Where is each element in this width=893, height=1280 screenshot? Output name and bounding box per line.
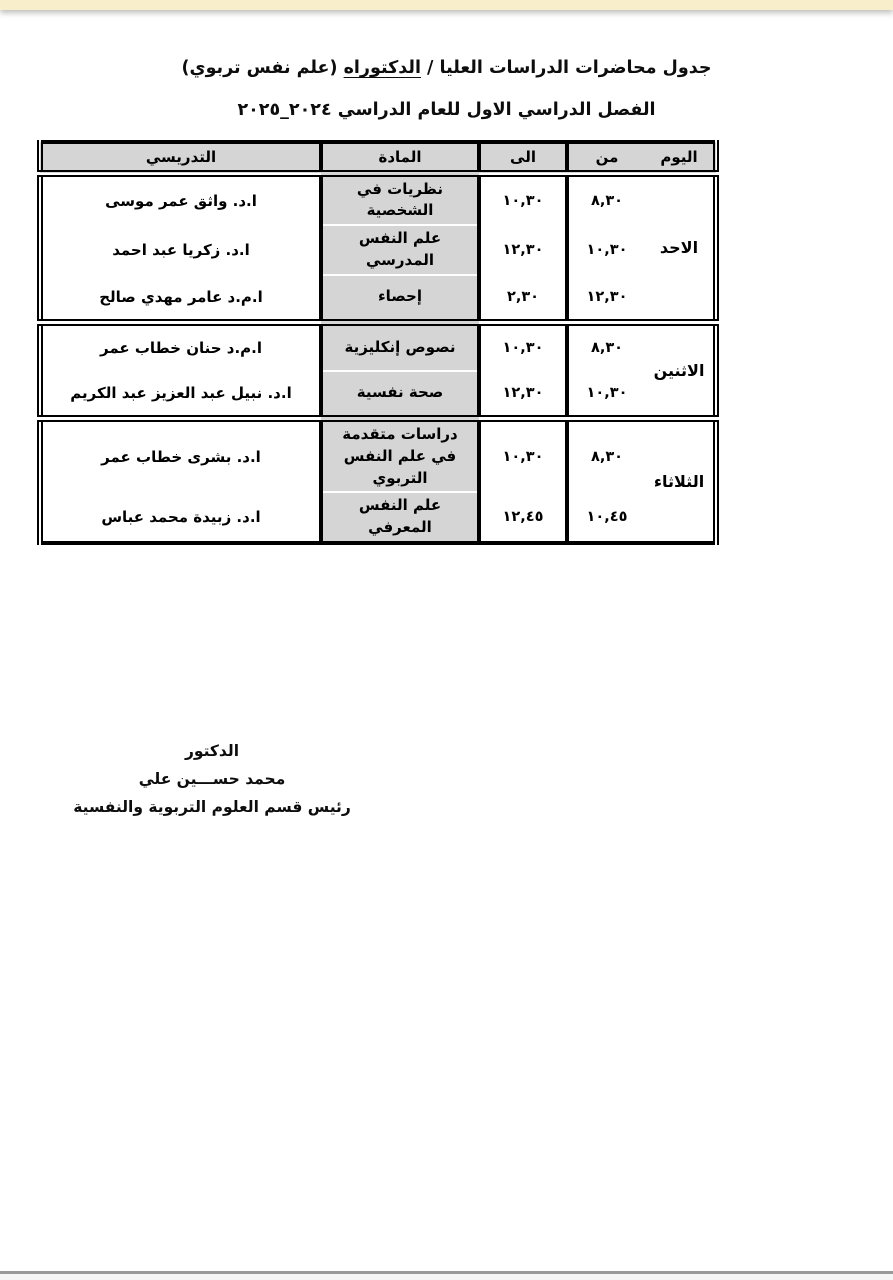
time-to-cell: ١٠,٣٠ xyxy=(479,173,567,225)
day-cell: الاثنين xyxy=(645,323,716,419)
instructor-cell: ا.د. واثق عمر موسى xyxy=(40,173,321,225)
page-below-edge xyxy=(0,1274,893,1280)
time-from-cell: ١٢,٣٠ xyxy=(567,275,645,323)
signature-block: الدكتور محمد حســـين علي رئيس قسم العلوم… xyxy=(66,737,358,821)
time-to-cell: ١٢,٣٠ xyxy=(479,225,567,275)
subject-cell: نظريات في الشخصية xyxy=(321,173,479,225)
instructor-cell: ا.د. نبيل عبد العزيز عبد الكريم xyxy=(40,371,321,419)
title-text: جدول محاضرات الدراسات العليا / xyxy=(421,58,711,78)
day-cell: الاحد xyxy=(645,173,716,323)
time-to-cell: ١٠,٣٠ xyxy=(479,419,567,493)
time-from-cell: ١٠,٤٥ xyxy=(567,492,645,543)
table-row: الثلاثاء٨,٣٠١٠,٣٠دراسات متقدمة في علم ال… xyxy=(40,419,716,493)
time-from-cell: ١٠,٣٠ xyxy=(567,225,645,275)
time-from-cell: ٨,٣٠ xyxy=(567,323,645,371)
title-suffix: (علم نفس تربوي) xyxy=(182,58,338,78)
time-from-cell: ١٠,٣٠ xyxy=(567,371,645,419)
subject-cell: دراسات متقدمة في علم النفس التربوي xyxy=(321,419,479,493)
subject-cell: صحة نفسية xyxy=(321,371,479,419)
document-subtitle: الفصل الدراسي الاول للعام الدراسي ٢٠٢٤_٢… xyxy=(0,100,893,120)
day-cell: الثلاثاء xyxy=(645,419,716,543)
header-from: من xyxy=(567,142,645,173)
table-row: ١٠,٤٥١٢,٤٥علم النفس المعرفيا.د. زبيدة مح… xyxy=(40,492,716,543)
signature-name: محمد حســـين علي xyxy=(66,765,358,793)
time-from-cell: ٨,٣٠ xyxy=(567,173,645,225)
document-page: جدول محاضرات الدراسات العليا / الدكتوراه… xyxy=(0,0,893,1280)
time-to-cell: ١٢,٤٥ xyxy=(479,492,567,543)
signature-title: الدكتور xyxy=(66,737,358,765)
table-row: ١٠,٣٠١٢,٣٠صحة نفسيةا.د. نبيل عبد العزيز … xyxy=(40,371,716,419)
subject-cell: علم النفس المدرسي xyxy=(321,225,479,275)
header-day: اليوم xyxy=(645,142,716,173)
document-header: جدول محاضرات الدراسات العليا / الدكتوراه… xyxy=(0,58,893,120)
schedule-body: الاحد٨,٣٠١٠,٣٠نظريات في الشخصيةا.د. واثق… xyxy=(40,173,716,543)
page-top-edge xyxy=(0,0,893,10)
instructor-cell: ا.د. زكريا عبد احمد xyxy=(40,225,321,275)
header-to: الى xyxy=(479,142,567,173)
time-to-cell: ١٢,٣٠ xyxy=(479,371,567,419)
instructor-cell: ا.د. زبيدة محمد عباس xyxy=(40,492,321,543)
title-underlined-word: الدكتوراه xyxy=(344,58,421,78)
subject-cell: علم النفس المعرفي xyxy=(321,492,479,543)
subject-cell: إحصاء xyxy=(321,275,479,323)
header-subject: المادة xyxy=(321,142,479,173)
instructor-cell: ا.د. بشرى خطاب عمر xyxy=(40,419,321,493)
subject-cell: نصوص إنكليزية xyxy=(321,323,479,371)
table-row: الاحد٨,٣٠١٠,٣٠نظريات في الشخصيةا.د. واثق… xyxy=(40,173,716,225)
time-to-cell: ٢,٣٠ xyxy=(479,275,567,323)
time-to-cell: ١٠,٣٠ xyxy=(479,323,567,371)
schedule-table: اليوم من الى المادة التدريسي الاحد٨,٣٠١٠… xyxy=(37,140,719,545)
instructor-cell: ا.م.د عامر مهدي صالح xyxy=(40,275,321,323)
table-row: الاثنين٨,٣٠١٠,٣٠نصوص إنكليزيةا.م.د حنان … xyxy=(40,323,716,371)
table-row: ١٢,٣٠٢,٣٠إحصاءا.م.د عامر مهدي صالح xyxy=(40,275,716,323)
time-from-cell: ٨,٣٠ xyxy=(567,419,645,493)
table-row: ١٠,٣٠١٢,٣٠علم النفس المدرسيا.د. زكريا عب… xyxy=(40,225,716,275)
header-row: اليوم من الى المادة التدريسي xyxy=(40,142,716,173)
header-instructor: التدريسي xyxy=(40,142,321,173)
signature-role: رئيس قسم العلوم التربوية والنفسية xyxy=(66,793,358,821)
instructor-cell: ا.م.د حنان خطاب عمر xyxy=(40,323,321,371)
document-title: جدول محاضرات الدراسات العليا / الدكتوراه… xyxy=(0,58,893,78)
